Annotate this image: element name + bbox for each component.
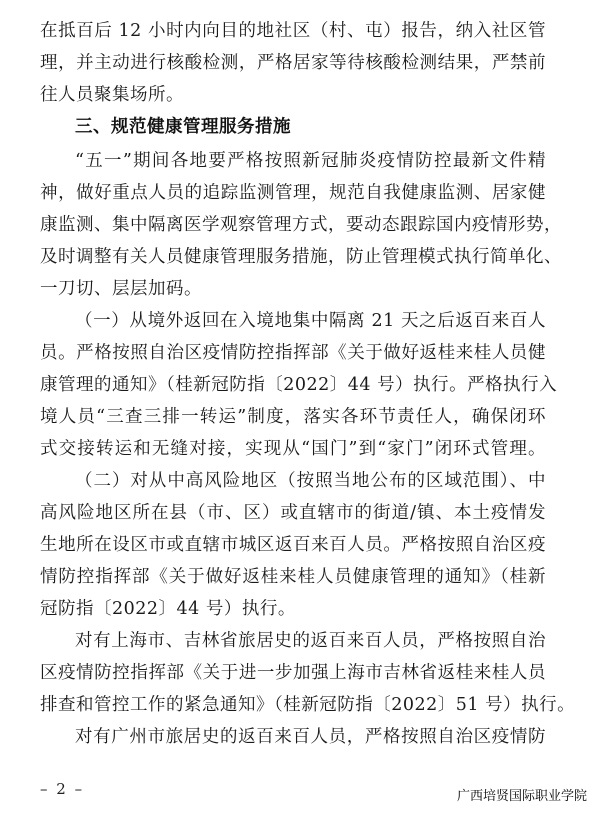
text-line: 一刀切、层层加码。	[40, 278, 546, 300]
text-line: 排查和管控工作的紧急通知》（桂新冠防指〔2022〕51 号）执行。	[40, 694, 546, 716]
text-line: 冠防指〔2022〕44 号）执行。	[40, 598, 546, 620]
text-line: 高风险地区所在县（市、区）或直辖市的街道/镇、本土疫情发	[40, 502, 546, 524]
text-line: 神，做好重点人员的追踪监测管理，规范自我健康监测、居家健	[40, 182, 546, 204]
text-line: 境人员“三查三排一转运”制度，落实各环节责任人，确保闭环	[40, 406, 546, 428]
text-line: 及时调整有关人员健康管理服务措施，防止管理模式执行简单化、	[40, 246, 546, 268]
text-line: 康监测、集中隔离医学观察管理方式，要动态跟踪国内疫情形势，	[40, 214, 546, 236]
text-line: （一）从境外返回在入境地集中隔离 21 天之后返百来百人	[75, 310, 546, 332]
text-line: 理，并主动进行核酸检测，严格居家等待核酸检测结果，严禁前	[40, 52, 546, 74]
institution-watermark: 广西培贤国际职业学院	[457, 788, 587, 806]
section-heading: 三、规范健康管理服务措施	[75, 116, 291, 138]
text-line: 情防控指挥部《关于做好返桂来桂人员健康管理的通知》（桂新	[40, 566, 546, 588]
text-line: （二）对从中高风险地区（按照当地公布的区域范围）、中	[75, 470, 546, 492]
text-line: 康管理的通知》（桂新冠防指〔2022〕44 号）执行。严格执行入	[40, 374, 546, 396]
text-line: 在抵百后 12 小时内向目的地社区（村、屯）报告，纳入社区管	[40, 20, 546, 42]
text-line: 区疫情防控指挥部《关于进一步加强上海市吉林省返桂来桂人员	[40, 662, 546, 684]
text-line: 生地所在设区市或直辖市城区返百来百人员。严格按照自治区疫	[40, 534, 546, 556]
document-page: 在抵百后 12 小时内向目的地社区（村、屯）报告，纳入社区管理，并主动进行核酸检…	[0, 0, 597, 816]
text-line: 对有上海市、吉林省旅居史的返百来百人员，严格按照自治	[75, 630, 546, 652]
text-line: 往人员聚集场所。	[40, 84, 546, 106]
text-line: 式交接转运和无缝对接，实现从“国门”到“家门”闭环式管理。	[40, 438, 546, 460]
text-line: 对有广州市旅居史的返百来百人员，严格按照自治区疫情防	[75, 726, 546, 748]
text-line: 员。严格按照自治区疫情防控指挥部《关于做好返桂来桂人员健	[40, 342, 546, 364]
page-number: – 2 –	[40, 780, 84, 798]
text-line: “五一”期间各地要严格按照新冠肺炎疫情防控最新文件精	[75, 150, 546, 172]
